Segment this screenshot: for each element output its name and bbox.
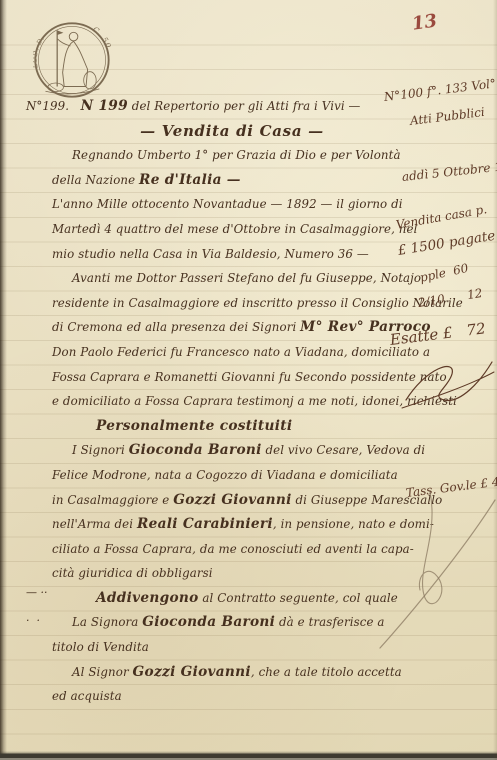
pencil-check-flourish (368, 478, 497, 663)
body-line: titolo di Vendita (52, 635, 412, 660)
body-line: Don Paolo Federici fu Francesco nato a V… (52, 340, 412, 365)
text-segment: ciliato a Fossa Caprara, da me conosciut… (52, 542, 414, 556)
notary-paraph-flourish (398, 350, 497, 412)
note-date: addì 5 Ottobre 18 (401, 159, 497, 184)
body-line: di Cremona ed alla presenza dei Signori … (52, 315, 412, 340)
text-segment: Fossa Caprara e Romanetti Giovanni fu Se… (52, 370, 447, 384)
text-segment: ed acquista (52, 689, 122, 703)
deed-title-line: — Vendita di Casa — (52, 119, 412, 144)
seal-left-arc-text: LOD. D. (33, 34, 46, 69)
body-line: Martedì 4 quattro del mese d'Ottobre in … (52, 217, 412, 242)
text-segment: del vivo Cesare, Vedova di (262, 443, 426, 457)
seal-denomination-text: C. 50. (91, 25, 111, 53)
text-segment: — Vendita di Casa — (140, 122, 324, 140)
body-line: nell'Arma dei Reali Carabinieri, in pens… (52, 512, 412, 537)
text-segment: del Repertorio per gli Atti fra i Vivi — (128, 99, 361, 113)
text-segment: Avanti me Dottor Passeri Stefano del fu … (72, 271, 421, 285)
text-segment: , che a tale titolo accetta (251, 665, 402, 679)
body-line: residente in Casalmaggiore ed inscritto … (52, 291, 412, 316)
deed-body: N°199. N 199 del Repertorio per gli Atti… (52, 94, 412, 709)
text-segment: residente in Casalmaggiore ed inscritto … (52, 296, 463, 310)
body-line: e domiciliato a Fossa Caprara testimonj … (52, 389, 412, 414)
text-segment: di Cremona ed alla presenza dei Signori (52, 320, 300, 334)
text-segment: L'anno Mille ottocento Novantadue — 1892… (52, 197, 403, 211)
text-segment: N°199. (26, 99, 81, 113)
text-segment: e domiciliato a Fossa Caprara testimonj … (52, 394, 457, 408)
text-segment: Personalmente costituiti (96, 418, 292, 434)
body-line: Fossa Caprara e Romanetti Giovanni fu Se… (52, 365, 412, 390)
seal-figure (45, 30, 99, 93)
body-line: La Signora Gioconda Baroni dà e trasferi… (52, 610, 412, 635)
body-line: Personalmente costituiti (52, 414, 412, 439)
page-edge-bottom-shadow (0, 751, 497, 760)
manuscript-page: C. 50. LOD. D. 13 N°199. N 199 del Reper… (0, 0, 497, 760)
note-repertorio-ref: N°100 f°. 133 Vol° 2 (383, 75, 497, 104)
addivengono-margin-mark: — ·· (26, 586, 48, 599)
page-edge-left-shadow (0, 0, 7, 760)
body-line: ed acquista (52, 684, 412, 709)
text-segment: nell'Arma dei (52, 517, 137, 531)
text-segment: Gioconda Baroni (129, 442, 262, 458)
revenue-stamp-seal: C. 50. LOD. D. (33, 21, 111, 99)
folio-number: 13 (411, 10, 439, 34)
text-segment: Reali Carabinieri (137, 516, 273, 532)
text-segment: Don Paolo Federici fu Francesco nato a V… (52, 345, 430, 359)
text-segment: titolo di Vendita (52, 640, 149, 654)
text-segment: Gozzi Giovanni (133, 664, 251, 680)
text-segment: I Signori (72, 443, 129, 457)
page-edge-right-shade (493, 0, 497, 760)
body-line: Felice Modrone, nata a Cogozzo di Viadan… (52, 463, 412, 488)
text-segment: in Casalmaggiore e (52, 493, 173, 507)
text-segment: N 199 (81, 98, 128, 114)
body-line: mio studio nella Casa in Via Baldesio, N… (52, 242, 412, 267)
text-segment: cità giuridica di obbligarsi (52, 566, 213, 580)
body-line: Addivengono al Contratto seguente, col q… (52, 586, 412, 611)
body-line: N°199. N 199 del Repertorio per gli Atti… (26, 94, 412, 119)
text-segment: La Signora (72, 615, 142, 629)
body-line: in Casalmaggiore e Gozzi Giovanni di Giu… (52, 488, 412, 513)
body-line: ciliato a Fossa Caprara, da me conosciut… (52, 537, 412, 562)
text-segment: Gioconda Baroni (142, 614, 275, 630)
text-segment: Martedì 4 quattro del mese d'Ottobre in … (52, 222, 417, 236)
note-fee-pple: pple 60 (419, 261, 470, 285)
body-line: Al Signor Gozzi Giovanni, che a tale tit… (52, 660, 412, 685)
body-line: L'anno Mille ottocento Novantadue — 1892… (52, 192, 412, 217)
text-segment: della Nazione (52, 173, 139, 187)
text-segment: Addivengono (96, 590, 199, 606)
body-line: della Nazione Re d'Italia — (52, 168, 412, 193)
text-segment: Regnando Umberto 1° per Grazia di Dio e … (72, 148, 401, 162)
text-segment: mio studio nella Casa in Via Baldesio, N… (52, 247, 369, 261)
body-line: Avanti me Dottor Passeri Stefano del fu … (52, 266, 412, 291)
body-line: cità giuridica di obbligarsi (52, 561, 412, 586)
body-line: Regnando Umberto 1° per Grazia di Dio e … (52, 143, 412, 168)
text-segment: Felice Modrone, nata a Cogozzo di Viadan… (52, 468, 398, 482)
la-signora-margin-mark: · · (26, 614, 40, 627)
text-segment: Al Signor (72, 665, 133, 679)
text-segment: Re d'Italia — (139, 172, 241, 188)
text-segment: Gozzi Giovanni (173, 492, 291, 508)
note-atti-pubblici: Atti Pubblici (409, 105, 485, 128)
body-line: I Signori Gioconda Baroni del vivo Cesar… (52, 438, 412, 463)
